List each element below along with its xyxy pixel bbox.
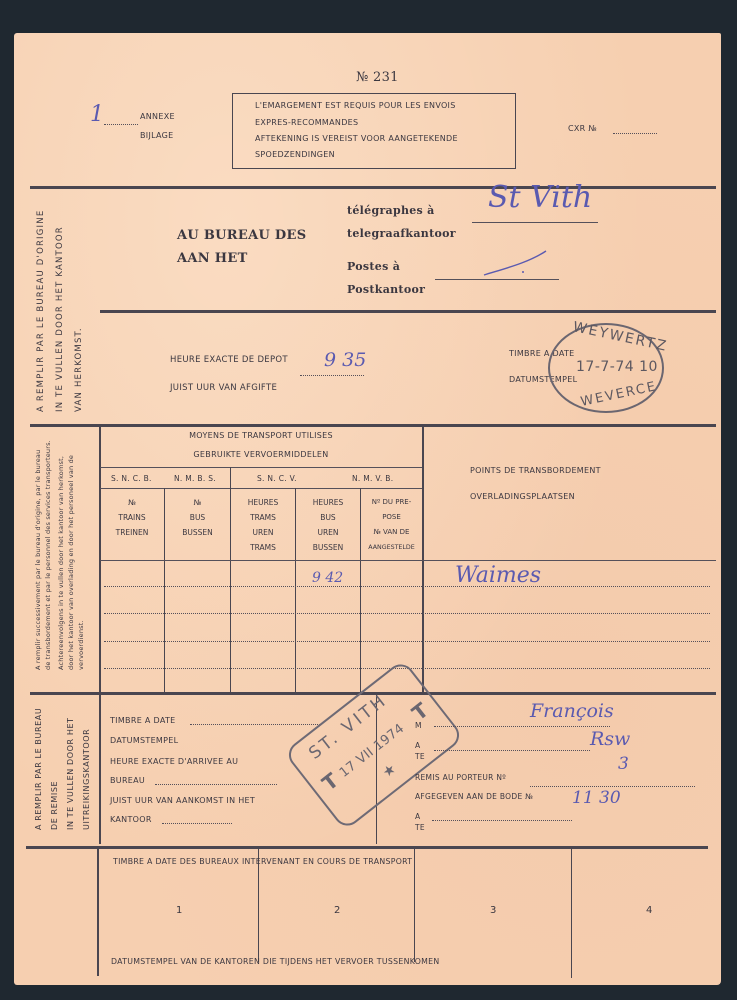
to-office-nl: AAN HET <box>177 251 248 266</box>
te-label: TE <box>415 823 425 832</box>
company-label: N. M. B. S. <box>174 474 216 483</box>
transport-side-label: A remplir successivement par le bureau d… <box>34 450 42 670</box>
porteur-value[interactable]: 3 <box>618 754 629 774</box>
header-line: POSE <box>361 510 422 525</box>
notice-line: AFTEKENING IS VEREIST VOOR AANGETEKENDE <box>255 134 458 143</box>
transport-title-nl: GEBRUIKTE VERVOERMIDDELEN <box>100 450 422 459</box>
notice-line: L'EMARGEMENT EST REQUIS POUR LES ENVOIS <box>255 101 456 110</box>
header-line: TRAMS <box>231 540 295 555</box>
transport-side-label: de transbordement et par le personnel de… <box>44 440 52 670</box>
transit-box-3: 3 <box>490 905 497 916</box>
transport-title-fr: MOYENS DE TRANSPORT UTILISES <box>100 431 422 440</box>
origin-side-label: IN TE VULLEN DOOR HET KANTOOR <box>55 226 65 412</box>
header-line: TRAINS <box>100 510 164 525</box>
origin-side-label: A REMPLIR PAR LE BUREAU D'ORIGINE <box>36 210 46 412</box>
transport-side-label: vervoerdienst. <box>77 620 85 670</box>
transport-side-label: door het kantoor van overlading en door … <box>67 455 75 670</box>
a-te-value[interactable]: Rsw <box>590 728 630 750</box>
cxr-label: CXR № <box>568 124 597 133</box>
header-line: № <box>165 495 230 510</box>
deposit-time-line <box>300 375 364 376</box>
delivery-side-label: DE REMISE <box>50 781 59 830</box>
telegraph-nl: telegraafkantoor <box>347 227 456 240</box>
field-label: DATUMSTEMPEL <box>110 736 178 745</box>
telegraph-fr: télégraphes à <box>347 204 435 217</box>
date-stamp-field[interactable] <box>190 724 320 725</box>
porteur-fr: REMIS AU PORTEUR Nº <box>415 773 506 782</box>
divider <box>30 186 716 189</box>
cxr-field[interactable] <box>613 133 657 134</box>
notice-box: L'EMARGEMENT EST REQUIS POUR LES ENVOIS … <box>232 93 516 169</box>
transit-title-nl: DATUMSTEMPEL VAN DE KANTOREN DIE TIJDENS… <box>111 957 440 966</box>
header-line: Nº DU PRE- <box>361 495 422 510</box>
header-line: HEURES <box>296 495 360 510</box>
col-header-bus-hours: HEURES BUS UREN BUSSEN <box>296 495 360 555</box>
col-divider <box>571 848 572 978</box>
col-divider <box>97 848 99 976</box>
col-divider <box>99 694 101 844</box>
grid-line <box>100 488 422 489</box>
post-nl: Postkantoor <box>347 283 425 296</box>
m-field[interactable] <box>434 726 610 727</box>
a-label: A <box>415 741 420 750</box>
annexe-line <box>104 124 138 125</box>
header-line: BUSSEN <box>296 540 360 555</box>
annexe-label: ANNEXE <box>140 112 175 121</box>
telegraph-line <box>472 222 598 223</box>
te-label: TE <box>415 752 425 761</box>
header-line: № VAN DE <box>361 525 422 540</box>
arrival-time-field[interactable] <box>155 784 277 785</box>
company-label: S. N. C. V. <box>257 474 297 483</box>
header-line: BUSSEN <box>165 525 230 540</box>
transit-box-2: 2 <box>334 905 341 916</box>
header-line: № <box>100 495 164 510</box>
deposit-time-nl: JUIST UUR VAN AFGIFTE <box>170 383 277 393</box>
grid-line <box>100 467 422 468</box>
field-label: TIMBRE A DATE <box>110 716 176 725</box>
star-icon: ★ <box>380 761 400 782</box>
transfer-label-nl: OVERLADINGSPLAATSEN <box>470 492 575 501</box>
delivery-side-label: UITREIKINGSKANTOOR <box>82 729 91 830</box>
form-number: № 231 <box>356 70 399 85</box>
field-label: HEURE EXACTE D'ARRIVEE AU <box>110 757 238 766</box>
field-label: KANTOOR <box>110 815 152 824</box>
col-header-trains: № TRAINS TREINEN <box>100 495 164 540</box>
table-row[interactable] <box>104 586 710 587</box>
delivery-side-label: IN TE VULLEN DOOR HET <box>66 717 75 830</box>
transit-box-1: 1 <box>176 905 183 916</box>
header-line: AANGESTELDE <box>361 540 422 555</box>
col-header-tram-hours: HEURES TRAMS UREN TRAMS <box>231 495 295 555</box>
header-line: UREN <box>296 525 360 540</box>
deposit-time-fr: HEURE EXACTE DE DEPOT <box>170 355 288 365</box>
bijlage-label: BIJLAGE <box>140 131 174 140</box>
header-line: UREN <box>231 525 295 540</box>
porteur-field[interactable] <box>530 786 695 787</box>
col-divider <box>422 426 424 692</box>
transit-box-4: 4 <box>646 905 653 916</box>
col-divider <box>99 426 101 692</box>
porteur-nl: AFGEGEVEN AAN DE BODE № <box>415 792 533 801</box>
telegraph-value[interactable]: St Vith <box>488 180 592 215</box>
notice-line: SPOEDZENDINGEN <box>255 150 335 159</box>
transfer-point-value[interactable]: Waimes <box>455 563 541 588</box>
header-line: TRAMS <box>231 510 295 525</box>
grid-line <box>230 467 231 489</box>
header-line: BUS <box>165 510 230 525</box>
a-label: A <box>415 812 420 821</box>
divider <box>100 310 716 313</box>
post-line <box>435 279 559 280</box>
col-header-employee: Nº DU PRE- POSE № VAN DE AANGESTELDE <box>361 495 422 555</box>
m-value[interactable]: François <box>530 700 614 722</box>
notice-line: EXPRES-RECOMMANDES <box>255 118 358 127</box>
bus-hours-value[interactable]: 9 42 <box>312 570 343 586</box>
ditto-mark <box>478 245 558 280</box>
col-header-bus: № BUS BUSSEN <box>165 495 230 540</box>
a-te-field-2[interactable] <box>432 820 572 821</box>
col-divider <box>414 848 415 962</box>
grid-line <box>100 560 716 561</box>
header-line: TREINEN <box>100 525 164 540</box>
divider <box>30 424 716 427</box>
delivery-time-value[interactable]: 11 30 <box>572 788 621 808</box>
weywertz-postmark: WEYWERTZ 17-7-74 10 WEVERCE <box>548 323 664 413</box>
company-label: S. N. C. B. <box>111 474 152 483</box>
kantoor-field[interactable] <box>162 823 232 824</box>
to-office-fr: AU BUREAU DES <box>177 228 306 243</box>
transfer-label-fr: POINTS DE TRANSBORDEMENT <box>470 466 601 475</box>
annexe-count: 1 <box>90 102 104 127</box>
origin-side-label: VAN HERKOMST. <box>74 327 84 412</box>
header-line: HEURES <box>231 495 295 510</box>
post-fr: Postes à <box>347 260 400 273</box>
a-te-field[interactable] <box>434 750 590 751</box>
divider <box>26 846 708 849</box>
table-row[interactable] <box>104 613 710 614</box>
delivery-side-label: A REMPLIR PAR LE BUREAU <box>34 708 43 830</box>
company-label: N. M. V. B. <box>352 474 393 483</box>
m-label: M <box>415 721 422 730</box>
field-label: JUIST UUR VAN AANKOMST IN HET <box>110 796 255 805</box>
table-row[interactable] <box>104 641 710 642</box>
deposit-time-value[interactable]: 9 35 <box>324 349 366 371</box>
header-line: BUS <box>296 510 360 525</box>
postmark-date: 17-7-74 10 <box>576 359 658 375</box>
transit-title-fr: TIMBRE A DATE DES BUREAUX INTERVENANT EN… <box>113 857 412 866</box>
field-label: BUREAU <box>110 776 145 785</box>
transport-side-label: Achtereenvolgens in te vullen door het k… <box>57 456 65 670</box>
